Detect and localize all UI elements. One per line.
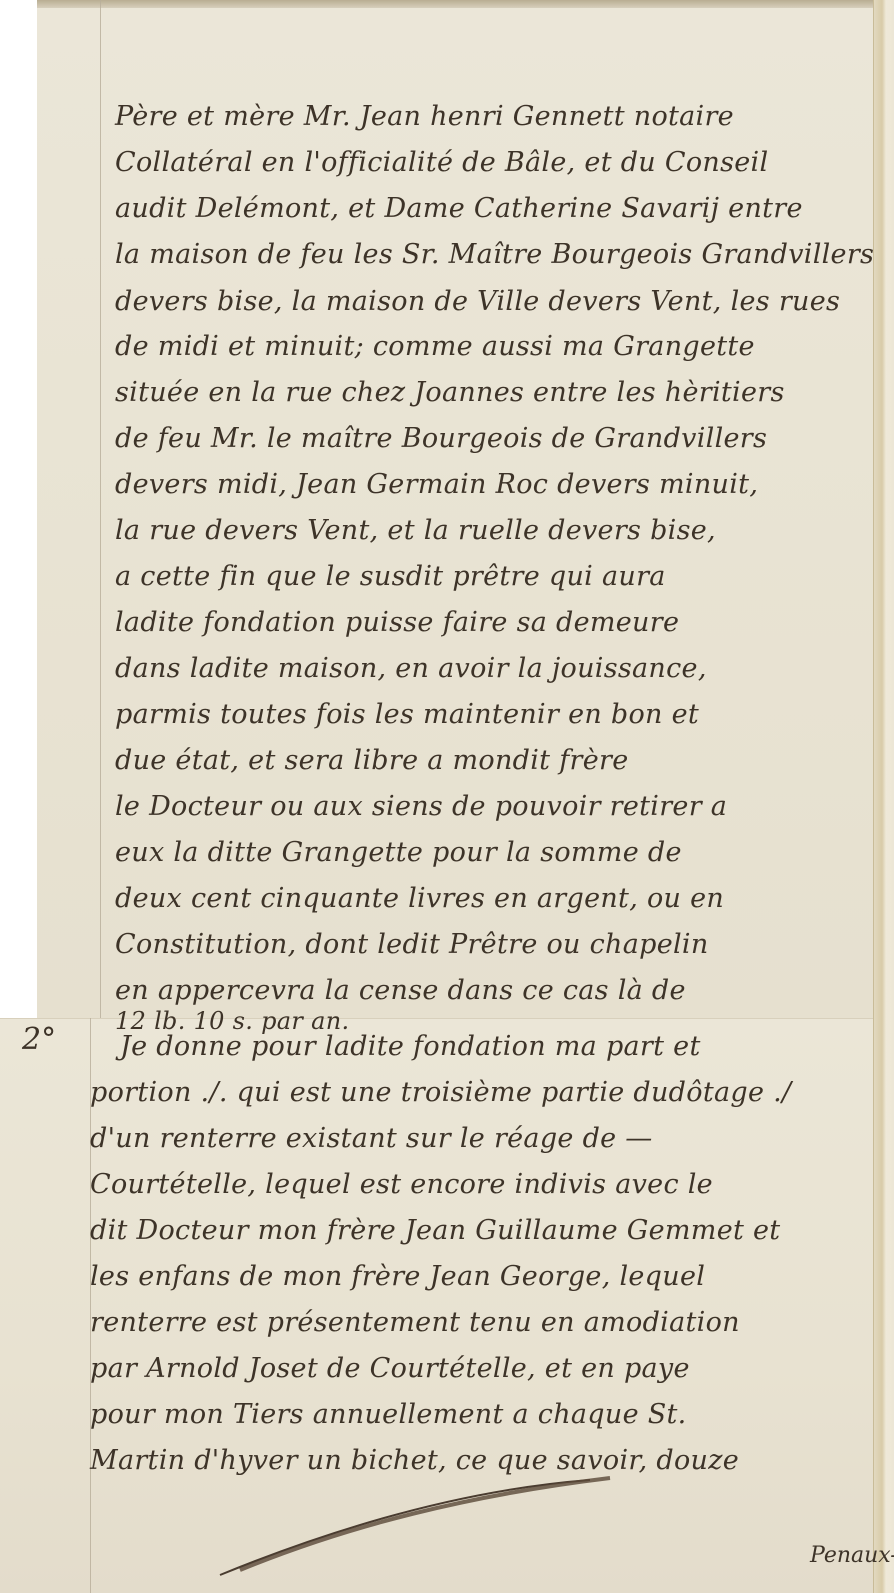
text-line: Collatéral en l'officialité de Bâle, et … (115, 146, 854, 180)
text-line: renterre est présentement tenu en amodia… (90, 1306, 854, 1340)
text-line: a cette fin que le susdit prêtre qui aur… (115, 560, 854, 594)
text-line: dans ladite maison, en avoir la jouissan… (115, 652, 854, 686)
text-line: située en la rue chez Joannes entre les … (115, 376, 854, 410)
text-line: devers midi, Jean Germain Roc devers min… (115, 468, 854, 502)
text-line: ladite fondation puisse faire sa demeure (115, 606, 854, 640)
text-line: audit Delémont, et Dame Catherine Savari… (115, 192, 854, 226)
text-line: les enfans de mon frère Jean George, leq… (90, 1260, 854, 1294)
text-line: de feu Mr. le maître Bourgeois de Grandv… (115, 422, 854, 456)
item-number: 2° (22, 1022, 56, 1057)
text-line: Père et mère Mr. Jean henri Gennett nota… (115, 100, 854, 134)
text-line: deux cent cinquante livres en argent, ou… (115, 882, 854, 916)
page-right-edge (873, 0, 894, 1593)
text-line: par Arnold Joset de Courtételle, et en p… (90, 1352, 854, 1386)
pen-flourish-icon (210, 1470, 630, 1580)
text-line: parmis toutes fois les maintenir en bon … (115, 698, 854, 732)
text-line: due état, et sera libre a mondit frère (115, 744, 854, 778)
text-line: d'un renterre existant sur le réage de — (90, 1122, 854, 1156)
text-line: la maison de feu les Sr. Maître Bourgeoi… (115, 238, 854, 272)
text-line: portion ./. qui est une troisième partie… (90, 1076, 854, 1110)
text-line: Constitution, dont ledit Prêtre ou chape… (115, 928, 854, 962)
text-line: Je donne pour ladite fondation ma part e… (120, 1030, 854, 1064)
text-line: devers bise, la maison de Ville devers V… (115, 285, 854, 319)
text-line: de midi et minuit; comme aussi ma Grange… (115, 330, 854, 364)
text-line: le Docteur ou aux siens de pouvoir retir… (115, 790, 854, 824)
text-line: Courtételle, lequel est encore indivis a… (90, 1168, 854, 1202)
text-line: pour mon Tiers annuellement a chaque St. (90, 1398, 854, 1432)
paper-top-fold (37, 0, 894, 8)
text-line: en appercevra la cense dans ce cas là de (115, 974, 854, 1008)
text-line: la rue devers Vent, et la ruelle devers … (115, 514, 854, 548)
left-margin-rule-upper (100, 0, 101, 1018)
text-line: dit Docteur mon frère Jean Guillaume Gem… (90, 1214, 854, 1248)
catchword: Penaux- (810, 1543, 894, 1568)
text-line: eux la ditte Grangette pour la somme de (115, 836, 854, 870)
